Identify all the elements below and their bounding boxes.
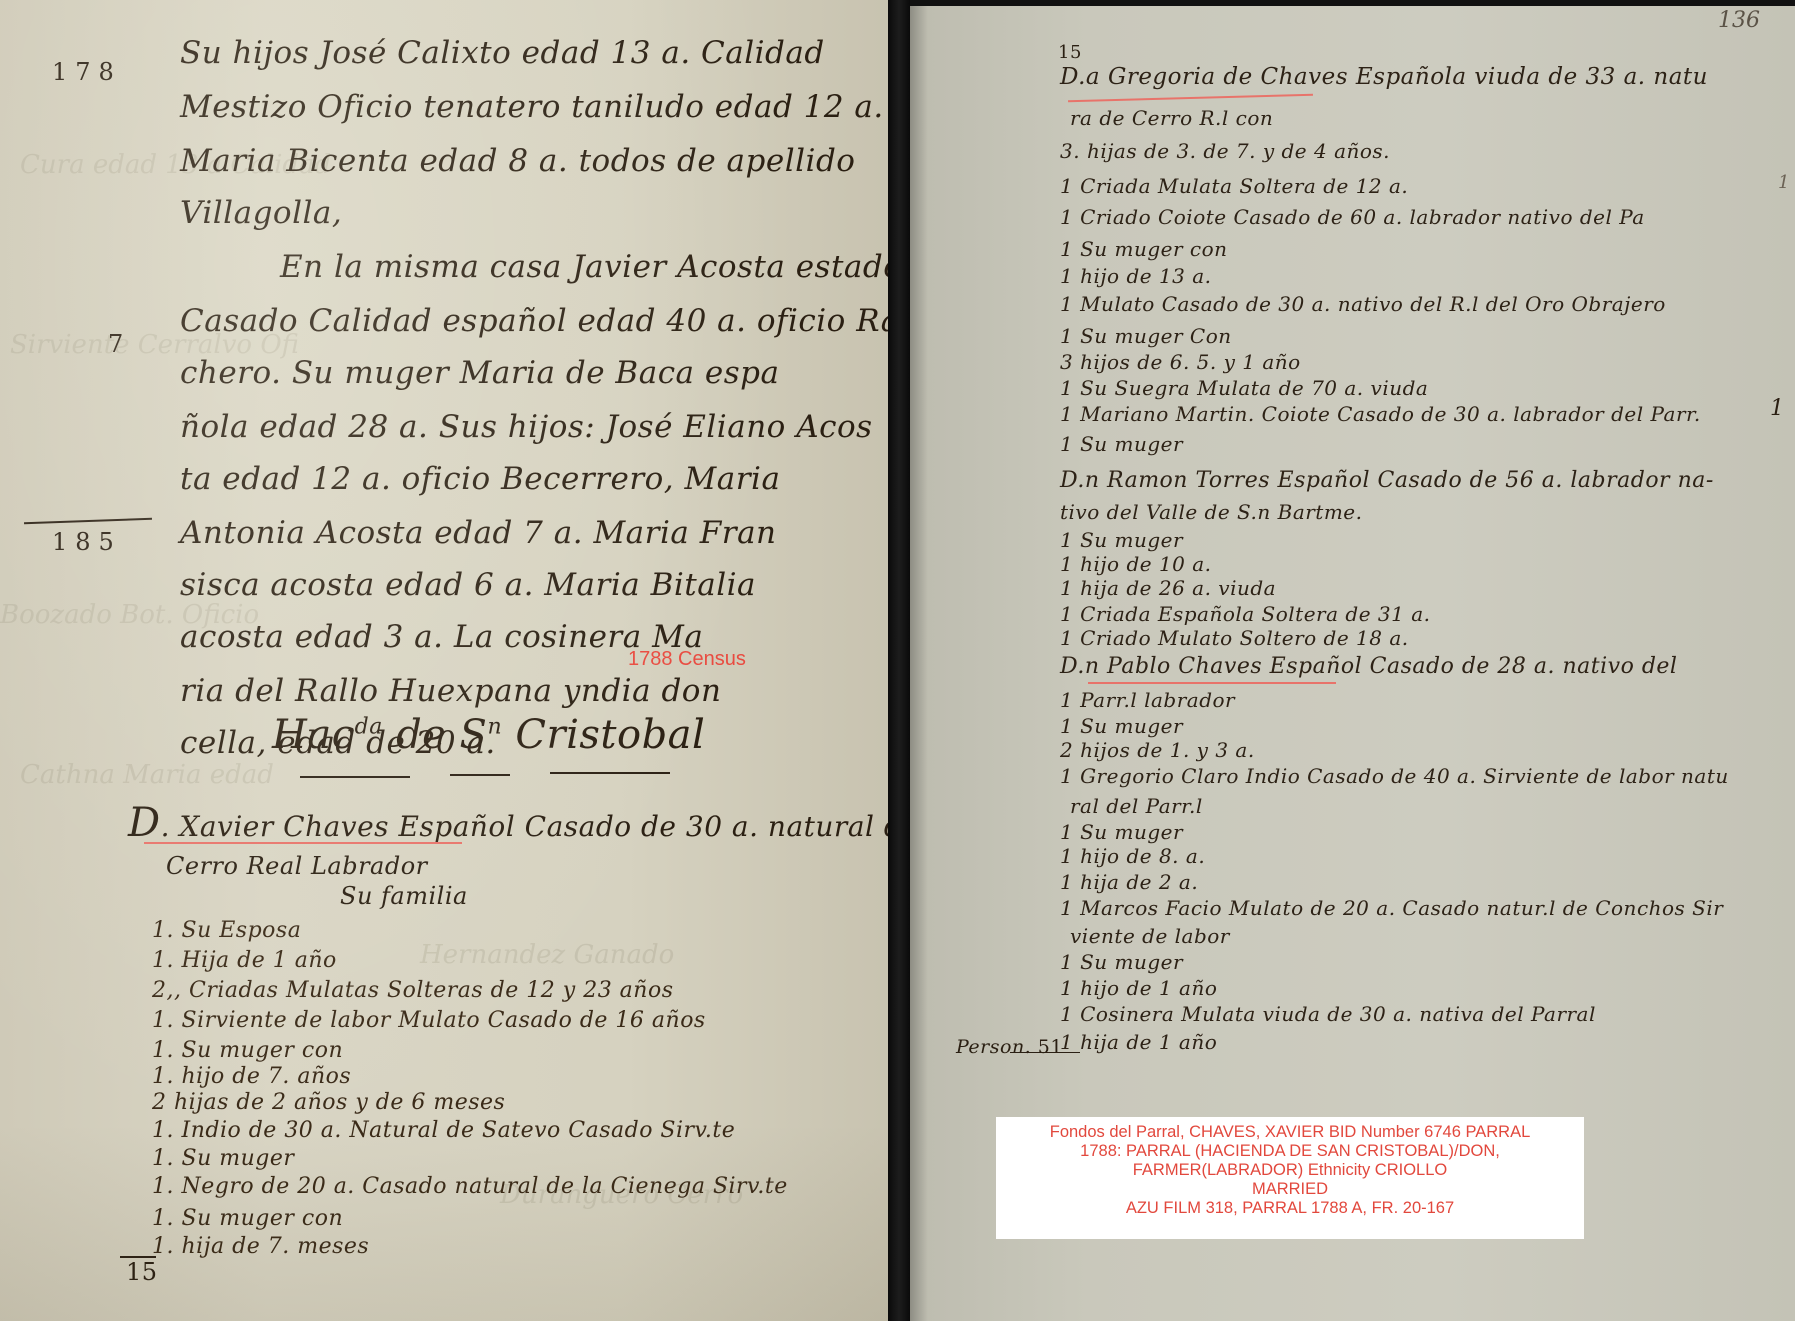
estate-heading-middle-sup: n: [487, 715, 502, 740]
entry-line: 1 hija de 26 a. viuda: [1060, 576, 1276, 600]
record-info-box: Fondos del Parral, CHAVES, XAVIER BID Nu…: [996, 1117, 1584, 1239]
page-total: 15: [126, 1258, 158, 1286]
entry-line: tivo del Valle de S.n Bartme.: [1060, 500, 1363, 524]
heading-flourish: [550, 772, 670, 774]
family-list-item: 1. Su Esposa: [152, 918, 301, 943]
honorific: D: [128, 800, 161, 846]
family-list-item: 1. Su muger con: [152, 1206, 343, 1231]
entry-line: 1 Criado Mulato Soltero de 18 a.: [1060, 626, 1409, 650]
manuscript-line: Mestizo Oficio tenatero taniludo edad 12…: [180, 92, 884, 123]
family-list-item: 1. hijo de 7. años: [152, 1064, 351, 1089]
entry-line: 1 hijo de 1 año: [1060, 976, 1217, 1000]
info-line: 1788: PARRAL (HACIENDA DE SAN CRISTOBAL)…: [996, 1142, 1584, 1161]
manuscript-line: Antonia Acosta edad 7 a. Maria Fran: [180, 518, 777, 549]
margin-number: 7: [108, 330, 131, 358]
bleed-through-text: Cathna Maria edad: [20, 760, 274, 790]
entry-line: ral del Parr.l: [1070, 794, 1203, 818]
estate-heading: Hacda de Sn Cristobal: [272, 712, 705, 758]
bleed-through-text: Hernandez Ganado: [420, 940, 674, 970]
manuscript-line: En la misma casa Javier Acosta estado: [280, 252, 888, 283]
head-of-household-line2: Cerro Real Labrador: [166, 852, 428, 880]
info-line: FARMER(LABRADOR) Ethnicity CRIOLLO: [996, 1161, 1584, 1180]
head-of-household-details: Casado de 30 a. natural de: [525, 810, 888, 843]
persons-total-label: Person.: [956, 1036, 1031, 1058]
margin-number: 178: [52, 58, 122, 86]
manuscript-line: ta edad 12 a. oficio Becerrero, Maria: [180, 464, 780, 495]
info-line: Fondos del Parral, CHAVES, XAVIER BID Nu…: [996, 1123, 1584, 1142]
folio-number: 136: [1718, 8, 1760, 33]
entry-line: 1 Mariano Martin. Coiote Casado de 30 a.…: [1060, 402, 1701, 426]
census-label: 1788 Census: [628, 648, 746, 671]
entry-line: 1 hija de 2 a.: [1060, 870, 1198, 894]
entry-line: 1 Parr.l labrador: [1060, 688, 1235, 712]
entry-line: D.n Ramon Torres Español Casado de 56 a.…: [1060, 468, 1714, 493]
entry-line: 1 Su muger con: [1060, 237, 1228, 261]
manuscript-line: chero. Su muger Maria de Baca espa: [180, 358, 779, 389]
estate-heading-middle: de S: [396, 712, 487, 758]
left-manuscript-page: Cura edad 13 a Calidad Sirviente Cerralv…: [0, 0, 888, 1321]
estate-heading-name: Cristobal: [515, 712, 705, 758]
entry-line: 1 Criado Coiote Casado de 60 a. labrador…: [1060, 205, 1645, 229]
entry-line: 1 Su Suegra Mulata de 70 a. viuda: [1060, 376, 1428, 400]
margin-number: 185: [52, 528, 122, 556]
entry-line: 1 Criada Española Soltera de 31 a.: [1060, 602, 1430, 626]
family-list-item: 1. Hija de 1 año: [152, 948, 337, 973]
manuscript-line: sisca acosta edad 6 a. Maria Bitalia: [180, 570, 756, 601]
persons-total: Person. 51: [956, 1036, 1063, 1058]
family-list-item: 1. Su muger con: [152, 1038, 343, 1063]
entry-line: 1 Gregorio Claro Indio Casado de 40 a. S…: [1060, 764, 1729, 788]
entry-line: 1 Cosinera Mulata viuda de 30 a. nativa …: [1060, 1002, 1596, 1026]
highlight-underline: [1088, 682, 1336, 684]
entry-line: 2 hijos de 1. y 3 a.: [1060, 738, 1255, 762]
head-of-household-line: D. Xavier Chaves Español Casado de 30 a.…: [128, 800, 888, 846]
entry-line: D.n Pablo Chaves Español Casado de 28 a.…: [1060, 654, 1677, 679]
entry-line: 1 Criada Mulata Soltera de 12 a.: [1060, 174, 1408, 198]
entry-line: 1 Su muger: [1060, 714, 1183, 738]
margin-sum-line: [24, 518, 152, 524]
entry-line: 1 Marcos Facio Mulato de 20 a. Casado na…: [1060, 896, 1723, 920]
highlight-underline: [1068, 94, 1313, 102]
estate-heading-prefix-sup: da: [355, 715, 383, 740]
manuscript-line: Casado Calidad español edad 40 a. oficio…: [180, 306, 888, 337]
entry-line: 1 Su muger: [1060, 432, 1183, 456]
entry-line: 1 Su muger: [1060, 528, 1183, 552]
entry-line: 1 Su muger Con: [1060, 324, 1232, 348]
margin-mark: 1: [1778, 172, 1790, 193]
family-list-item: 1. Su muger: [152, 1146, 294, 1171]
entry-line: 1 hijo de 13 a.: [1060, 264, 1212, 288]
manuscript-line: Villagolla,: [180, 198, 342, 229]
heading-flourish: [450, 774, 510, 776]
head-of-household-name: Xavier Chaves Español: [179, 810, 515, 843]
manuscript-line: acosta edad 3 a. La cosinera Ma: [180, 622, 703, 653]
entry-line: 3 hijos de 6. 5. y 1 año: [1060, 350, 1301, 374]
family-list-item: 2 hijas de 2 años y de 6 meses: [152, 1090, 505, 1115]
info-line: AZU FILM 318, PARRAL 1788 A, FR. 20-167: [996, 1199, 1584, 1218]
manuscript-line: Maria Bicenta edad 8 a. todos de apellid…: [180, 146, 855, 177]
info-line: MARRIED: [996, 1180, 1584, 1199]
entry-line: ra de Cerro R.l con: [1070, 106, 1273, 130]
family-list-item: 2,, Criadas Mulatas Solteras de 12 y 23 …: [152, 978, 674, 1003]
entry-line: 3. hijas de 3. de 7. y de 4 años.: [1060, 139, 1390, 163]
family-list-item: 1. Sirviente de labor Mulato Casado de 1…: [152, 1008, 706, 1033]
margin-mark: 1: [1770, 396, 1785, 421]
entry-line: D.a Gregoria de Chaves Española viuda de…: [1060, 64, 1708, 90]
persons-total-value: 51: [1038, 1036, 1063, 1058]
family-list-item: 1. Negro de 20 a. Casado natural de la C…: [152, 1174, 788, 1199]
manuscript-line: ria del Rallo Huexpana yndia don: [180, 676, 721, 707]
entry-line: 1 hijo de 8. a.: [1060, 844, 1205, 868]
manuscript-line: ñola edad 28 a. Sus hijos: José Eliano A…: [180, 412, 873, 443]
book-gutter: [888, 0, 910, 1321]
entry-line: 1 hijo de 10 a.: [1060, 552, 1212, 576]
heading-flourish: [300, 776, 410, 778]
entry-line: viente de labor: [1070, 924, 1230, 948]
family-list-item: 1. hija de 7. meses: [152, 1234, 369, 1259]
manuscript-line: Su hijos José Calixto edad 13 a. Calidad: [180, 38, 825, 69]
entry-line: 1 Su muger: [1060, 820, 1183, 844]
highlight-underline: [144, 842, 462, 844]
top-number: 15: [1058, 42, 1082, 63]
entry-line: 1 Su muger: [1060, 950, 1183, 974]
entry-line: 1 Mulato Casado de 30 a. nativo del R.l …: [1060, 292, 1666, 316]
family-heading: Su familia: [340, 882, 468, 910]
estate-heading-prefix: Hac: [272, 712, 355, 758]
entry-line: 1 hija de 1 año: [1060, 1030, 1217, 1054]
family-list-item: 1. Indio de 30 a. Natural de Satevo Casa…: [152, 1118, 735, 1143]
